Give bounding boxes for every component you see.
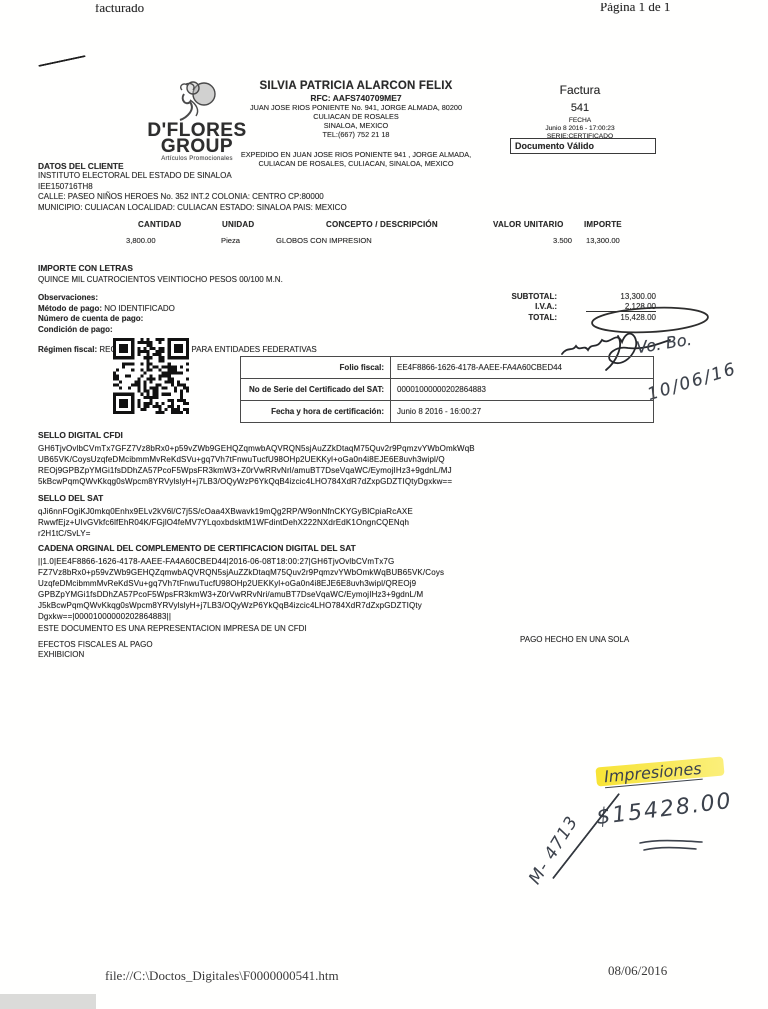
client-address: CALLE: PASEO NIÑOS HEROES No. 352 INT.2 …: [38, 192, 518, 203]
expedido-line1: EXPEDIDO EN JUAN JOSE RIOS PONIENTE 941 …: [228, 150, 484, 159]
sello-sat-line: RwwfEjz+UIvGVkfc6lfEhR04K/FGjlO4feMV7YLq…: [38, 517, 603, 528]
sello-cfdi-line: REOj9GPBZpYMGi1fsDDhZA57PcoF5WpsFR3kmW3+…: [38, 465, 603, 476]
cadena-line: ||1.0|EE4F8866-1626-4178-AAEE-FA4A60CBED…: [38, 556, 603, 567]
emitter-phone: TEL:(667) 752 21 18: [228, 130, 484, 139]
cadena-original-block: CADENA ORGINAL DEL COMPLEMENTO DE CERTIF…: [38, 543, 603, 622]
col-header-concepto: CONCEPTO / DESCRIPCIÓN: [326, 220, 438, 229]
invoice-fecha: Junio 8 2016 - 17:00:23: [515, 125, 645, 133]
invoice-number: 541: [515, 102, 645, 114]
folio-fiscal-label: Folio fiscal:: [241, 357, 391, 379]
item-cantidad: 3,800.00: [126, 236, 156, 245]
cfdi-notice: ESTE DOCUMENTO ES UNA REPRESENTACION IMP…: [38, 624, 307, 635]
fecha-certificacion-value: Junio 8 2016 - 16:00:27: [391, 401, 654, 423]
emitter-block: SILVIA PATRICIA ALARCON FELIX RFC: AAFS7…: [228, 80, 484, 168]
impresiones-annotation: Impresiones: [603, 759, 702, 788]
item-unidad: Pieza: [221, 236, 240, 245]
metodo-pago-label: Método de pago:: [38, 304, 102, 313]
sello-cfdi-block: SELLO DIGITAL CFDI GH6TjvOvlbCVmTx7GFZ7V…: [38, 430, 603, 487]
certification-table: Folio fiscal: EE4F8866-1626-4178-AAEE-FA…: [240, 356, 654, 423]
pago-unica-exhibicion: PAGO HECHO EN UNA SOLA: [520, 635, 629, 646]
metodo-pago-value: NO IDENTIFICADO: [104, 304, 175, 313]
scan-smudge: [0, 994, 96, 1009]
observaciones-label: Observaciones:: [38, 293, 98, 302]
print-header-page-number: Página 1 de 1: [600, 3, 670, 15]
serie-sat-value: 00001000000202864883: [391, 379, 654, 401]
sello-cfdi-title: SELLO DIGITAL CFDI: [38, 430, 603, 440]
importe-letras-label: IMPORTE CON LETRAS: [38, 263, 133, 273]
client-section-title: DATOS DEL CLIENTE: [38, 161, 518, 171]
client-rfc: IEE150716TH8: [38, 182, 518, 193]
cadena-line: GPBZpYMGi1fsDDhZA57PcoF5WpsFR3kmW3+Z0rVw…: [38, 589, 603, 600]
invoice-doc-type: Factura: [515, 83, 645, 97]
cadena-title: CADENA ORGINAL DEL COMPLEMENTO DE CERTIF…: [38, 543, 603, 553]
payment-block: Observaciones: Método de pago: NO IDENTI…: [38, 293, 438, 356]
efectos-fiscales-line2: EXHIBICION: [38, 650, 84, 661]
cadena-line: FZ7Vz8bRx0+p59vZWb9GEHQZqmwbAQVRQN5sjAuZ…: [38, 567, 603, 578]
footer-date: 08/06/2016: [608, 963, 667, 979]
client-municipality: MUNICIPIO: CULIACAN LOCALIDAD: CULIACAN …: [38, 203, 518, 214]
scanned-invoice-page: facturado Página 1 de 1 D'FLORES GROUP A…: [0, 0, 768, 1009]
col-header-unidad: UNIDAD: [222, 220, 254, 229]
iva-label: I.V.A.:: [487, 302, 557, 311]
total-label: TOTAL:: [487, 313, 557, 322]
table-row: Fecha y hora de certificación: Junio 8 2…: [241, 401, 654, 423]
cadena-line: Dgxkw==|00001000000202864883||: [38, 611, 603, 622]
item-importe: 13,300.00: [586, 236, 620, 245]
print-header-left: facturado: [95, 4, 144, 16]
pen-stroke-mark: [38, 55, 85, 67]
sello-cfdi-line: GH6TjvOvlbCVmTx7GFZ7Vz8bRx0+p59vZWb9GEHQ…: [38, 443, 603, 454]
subtotal-label: SUBTOTAL:: [487, 292, 557, 301]
documento-valido-badge: Documento Válido: [510, 138, 656, 154]
efectos-fiscales-line1: EFECTOS FISCALES AL PAGO: [38, 640, 153, 651]
regimen-fiscal-label: Régimen fiscal:: [38, 345, 97, 354]
table-row: Folio fiscal: EE4F8866-1626-4178-AAEE-FA…: [241, 357, 654, 379]
cadena-line: J5kBcwPqmQWvKkqg0sWpcm8YRVylslyH+j7LB3/O…: [38, 600, 603, 611]
col-header-cantidad: CANTIDAD: [138, 220, 181, 229]
sello-sat-block: SELLO DEL SAT qJi6nnFOgiKJ0mkq0Enhx9ELv2…: [38, 493, 603, 539]
sello-cfdi-line: 5kBcwPqmQWvKkqg0sWpcm8YRVylslyH+j7LB3/OQ…: [38, 476, 603, 487]
col-header-importe: IMPORTE: [584, 220, 622, 229]
emitter-rfc: RFC: AAFS740709ME7: [228, 93, 484, 103]
invoice-fecha-label: FECHA: [515, 117, 645, 125]
importe-letras-text: QUINCE MIL CUATROCIENTOS VEINTIOCHO PESO…: [38, 275, 283, 286]
item-valor-unitario: 3.500: [522, 236, 572, 245]
emitter-address-line1: JUAN JOSE RIOS PONIENTE No. 941, JORGE A…: [228, 103, 484, 112]
footer-file-path: file://C:\Doctos_Digitales\F0000000541.h…: [105, 968, 339, 984]
col-header-valor-unitario: VALOR UNITARIO: [493, 220, 564, 229]
balloons-figure-icon: [166, 80, 228, 122]
sello-sat-title: SELLO DEL SAT: [38, 493, 603, 503]
item-concepto: GLOBOS CON IMPRESION: [276, 236, 372, 245]
sello-sat-line: qJi6nnFOgiKJ0mkq0Enhx9ELv2kV6l/C7j5S/cOa…: [38, 506, 603, 517]
client-name: INSTITUTO ELECTORAL DEL ESTADO DE SINALO…: [38, 171, 518, 182]
condicion-pago-label: Condición de pago:: [38, 325, 113, 334]
cuenta-pago-label: Número de cuenta de pago:: [38, 314, 143, 323]
cadena-line: UzqfeDMcibmmMvReKdSVu+gq7Vh7tFnwuTucfU98…: [38, 578, 603, 589]
folio-fiscal-value: EE4F8866-1626-4178-AAEE-FA4A60CBED44: [391, 357, 654, 379]
sello-cfdi-line: UB65VK/CoysUzqfeDMcibmmMvReKdSVu+gq7Vh7t…: [38, 454, 603, 465]
emitter-name: SILVIA PATRICIA ALARCON FELIX: [228, 80, 484, 92]
sello-sat-line: r2H1tC/SvLY=: [38, 528, 603, 539]
double-underline-scribble: [638, 838, 704, 854]
qr-code: [113, 338, 189, 414]
serie-sat-label: No de Serie del Certificado del SAT:: [241, 379, 391, 401]
emitter-address-line3: SINALOA, MEXICO: [228, 121, 484, 130]
client-block: DATOS DEL CLIENTE INSTITUTO ELECTORAL DE…: [38, 161, 518, 213]
table-row: No de Serie del Certificado del SAT: 000…: [241, 379, 654, 401]
fecha-certificacion-label: Fecha y hora de certificación:: [241, 401, 391, 423]
emitter-address-line2: CULIACAN DE ROSALES: [228, 112, 484, 121]
